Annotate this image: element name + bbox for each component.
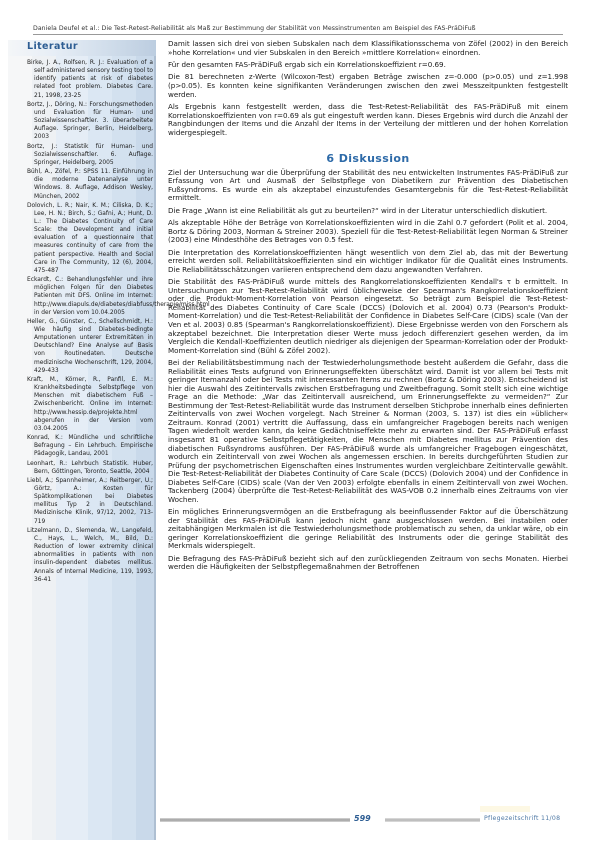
- body-paragraph: Für den gesamten FAS-PräDiFuß ergab sich…: [168, 61, 568, 70]
- reference-list: Birke, J. A., Rolfsen, R. J.: Evaluation…: [27, 59, 153, 585]
- footer-highlight: [480, 806, 530, 812]
- footer-rule-right: [385, 818, 480, 822]
- reference-item: Dolovich, L. R.; Nair, K. M.; Ciliska, D…: [27, 202, 153, 275]
- body-paragraph: Ein mögliches Erinnerungsvermögen an die…: [168, 508, 568, 551]
- reference-item: Leonhart, R.: Lehrbuch Statistik. Huber,…: [27, 460, 153, 476]
- reference-item: Eckardt, C.: Behandlungsfehler und ihre …: [27, 276, 153, 317]
- body-paragraph: Damit lassen sich drei von sieben Subska…: [168, 40, 568, 57]
- running-head: Daniela Deufel et al.: Die Test-Retest-R…: [33, 25, 563, 35]
- body-paragraph: Die Interpretation des Korrelationskoeff…: [168, 249, 568, 275]
- body-paragraph: Ziel der Untersuchung war die Überprüfun…: [168, 169, 568, 203]
- reference-item: Konrad, K.: Mündliche und schriftliche B…: [27, 434, 153, 458]
- reference-item: Bühl, A., Zöfel, P.: SPSS 11. Einführung…: [27, 168, 153, 201]
- body-paragraph: Bei der Reliabilitätsbestimmung nach der…: [168, 359, 568, 504]
- body-paragraph: Die Befragung des FAS-PräDiFuß bezieht s…: [168, 555, 568, 572]
- journal-name: Pflegezeitschrift 11/08: [484, 815, 560, 822]
- body-paragraph: Die Stabilität des FAS-PräDiFuß wurde mi…: [168, 278, 568, 355]
- reference-item: Birke, J. A., Rolfsen, R. J.: Evaluation…: [27, 59, 153, 100]
- reference-item: Bortz, J.: Statistik für Human- und Sozi…: [27, 143, 153, 167]
- body-paragraph: Als akzeptable Höhe der Beträge von Korr…: [168, 219, 568, 245]
- sidebar-title: Literatur: [27, 41, 78, 52]
- reference-item: Litzelmann, D., Slemenda, W., Langefeld,…: [27, 527, 153, 584]
- footer-rule-left: [160, 818, 350, 822]
- body-paragraph: Die 81 berechneten z-Werte (Wilcoxon-Tes…: [168, 73, 568, 99]
- main-column: Damit lassen sich drei von sieben Subska…: [168, 40, 568, 576]
- page-number: 599: [354, 814, 371, 823]
- reference-item: Liebl, A.; Spannheimer, A.; Reitberger, …: [27, 477, 153, 526]
- body-paragraph: Als Ergebnis kann festgestellt werden, d…: [168, 103, 568, 137]
- reference-item: Bortz, J., Döring, N.: Forschungsmethode…: [27, 101, 153, 142]
- reference-item: Kraft, M., Körner, R., Panfil, E. M.: Kr…: [27, 376, 153, 433]
- reference-item: Heller, G., Günster, C., Schellschmidt, …: [27, 318, 153, 375]
- body-paragraph: Die Frage „Wann ist eine Reliabilität al…: [168, 207, 568, 216]
- section-heading: 6 Diskussion: [168, 155, 568, 164]
